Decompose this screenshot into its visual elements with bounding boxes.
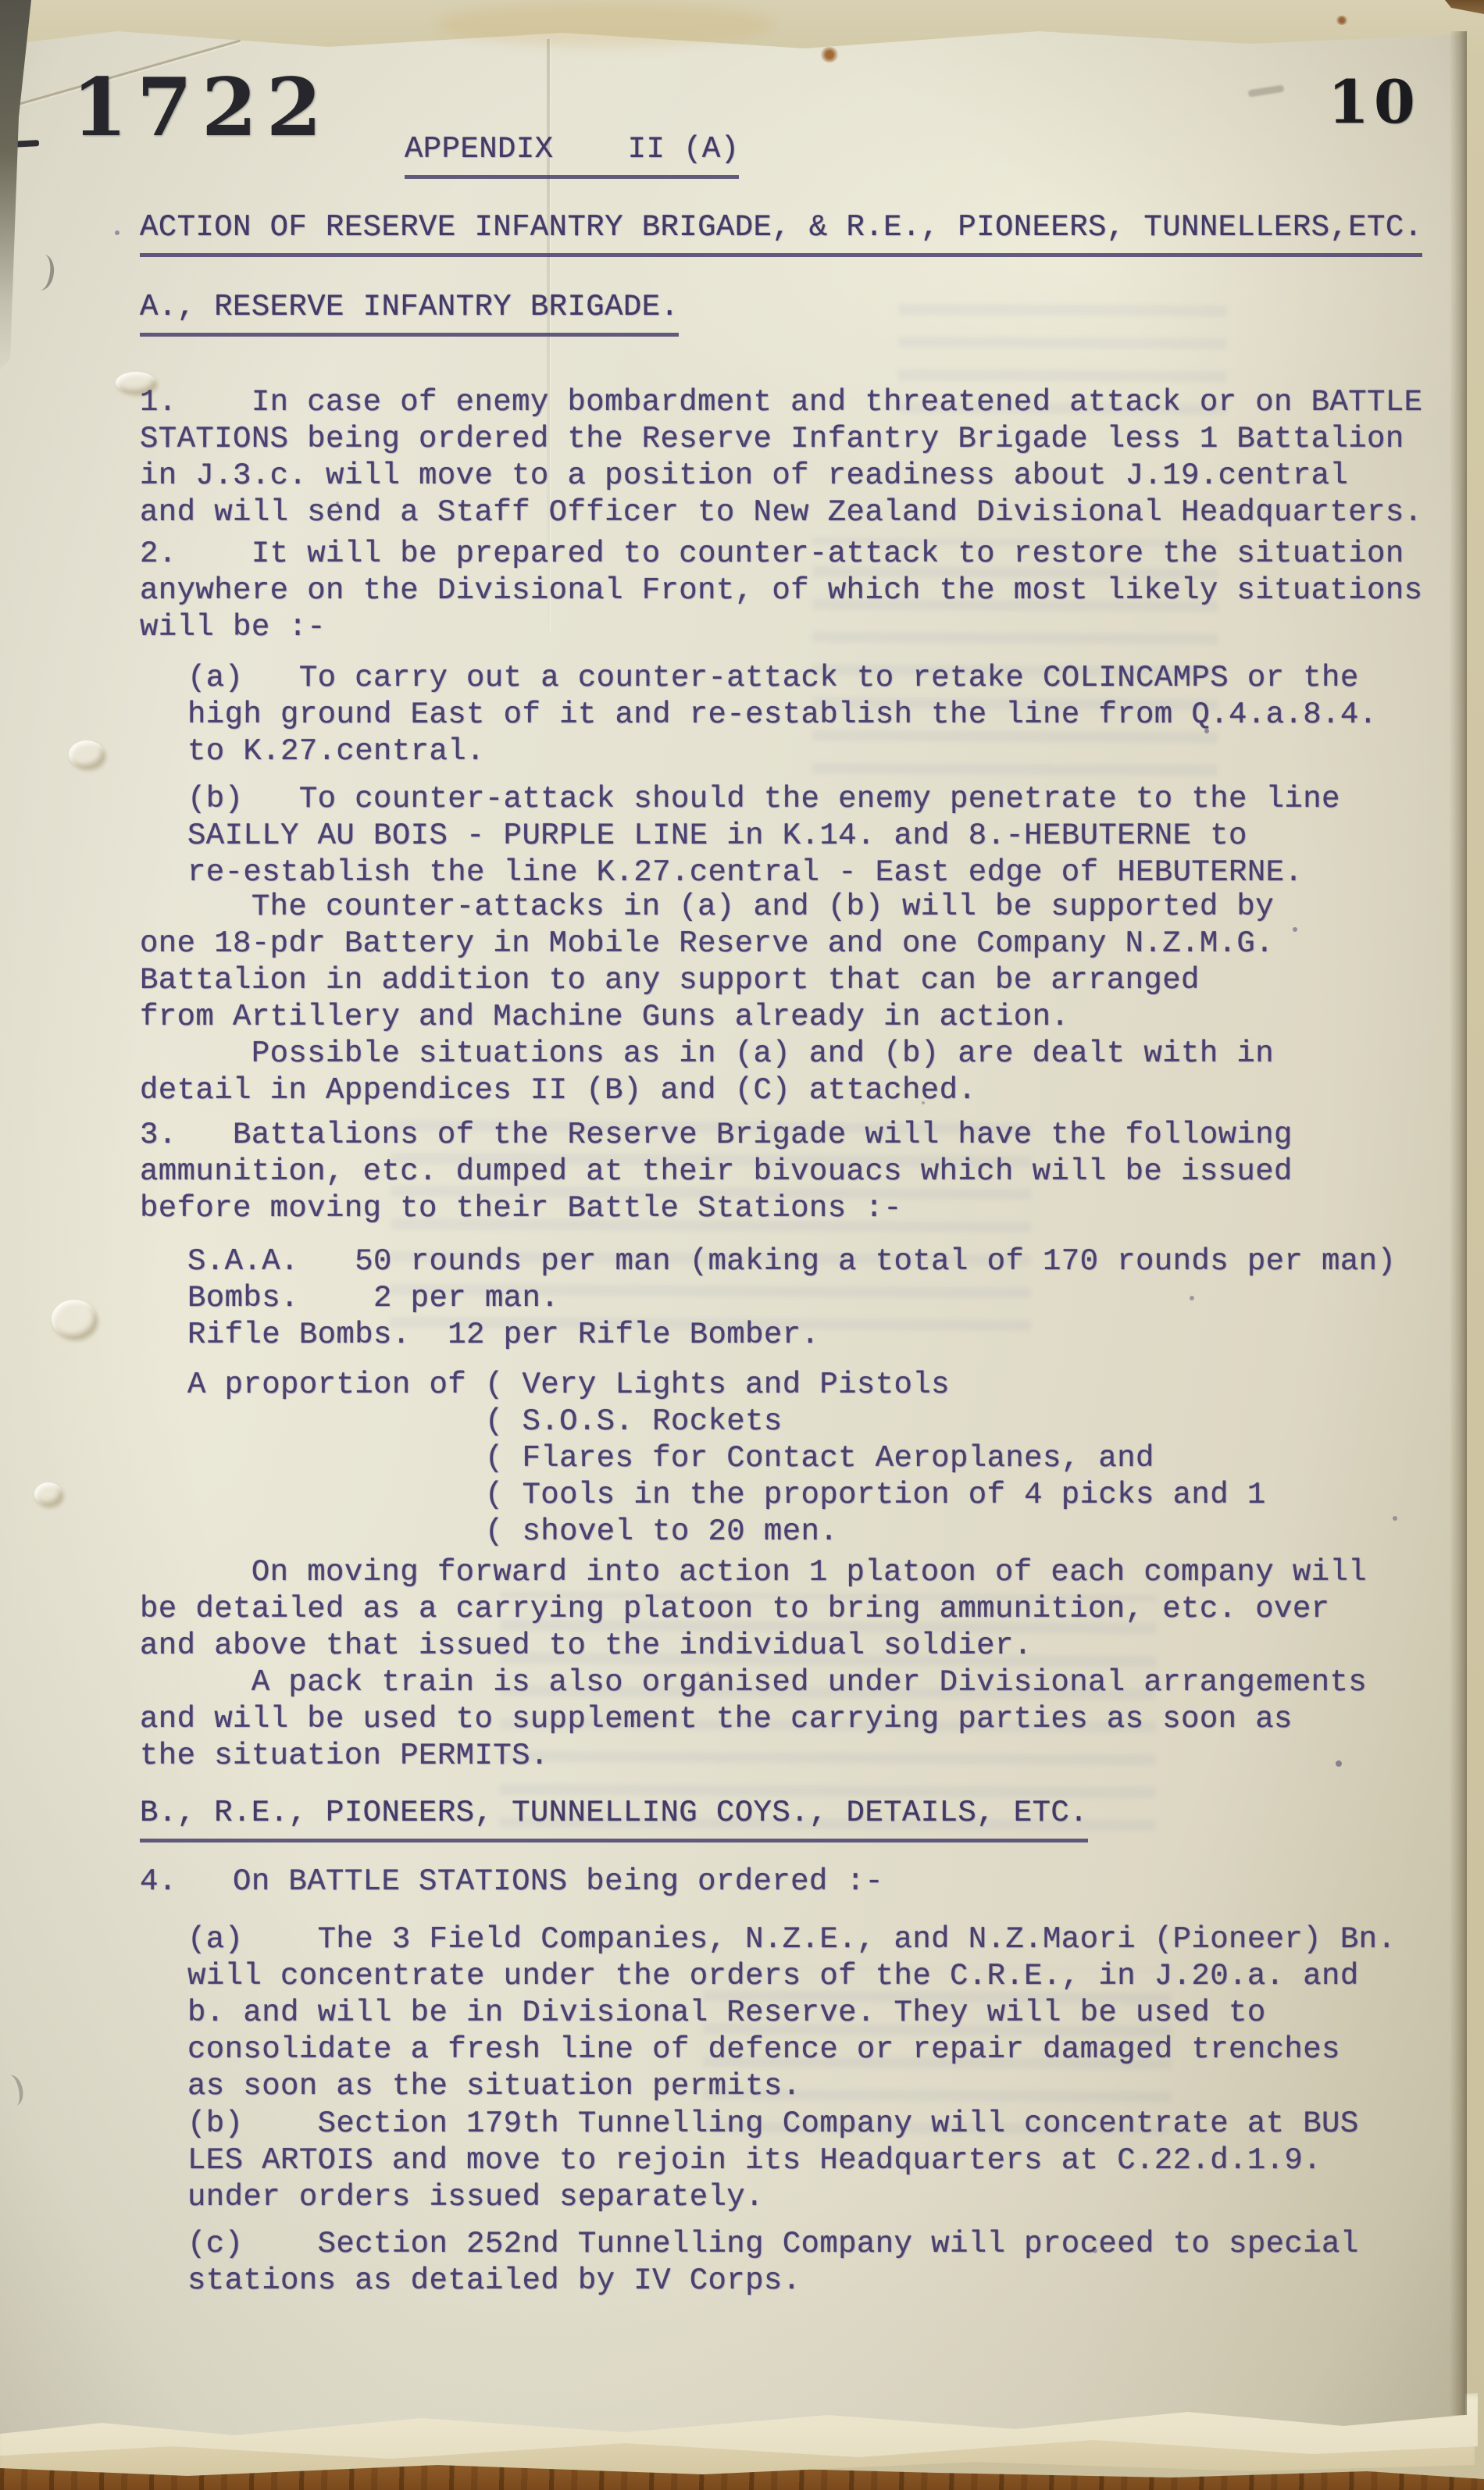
paragraph-1: 1. In case of enemy bombardment and thre… [140, 384, 1422, 531]
ammunition-list: S.A.A. 50 rounds per man (making a total… [187, 1243, 1396, 1354]
proportion-list: A proportion of ( Very Lights and Pistol… [187, 1367, 1266, 1550]
paragraph-3: 3. Battalions of the Reserve Brigade wil… [140, 1117, 1293, 1227]
page-number: 10 [1328, 67, 1420, 137]
paragraph-4: 4. On BATTLE STATIONS being ordered :- [140, 1864, 883, 1900]
section-b-heading: B., R.E., PIONEERS, TUNNELLING COYS., DE… [140, 1795, 1088, 1843]
paragraph-2-item-a: (a) To carry out a counter-attack to ret… [187, 660, 1377, 770]
section-a-heading: A., RESERVE INFANTRY BRIGADE. [140, 289, 679, 337]
paragraph-4-item-c: (c) Section 252nd Tunnelling Company wil… [187, 2226, 1359, 2299]
document-title: ACTION OF RESERVE INFANTRY BRIGADE, & R.… [140, 209, 1422, 257]
paragraph-4-item-a: (a) The 3 Field Companies, N.Z.E., and N… [187, 1921, 1396, 2105]
file-number-stamp: 1722 [72, 61, 331, 155]
paragraph-2: 2. It will be prepared to counter-attack… [140, 536, 1422, 646]
page-content: 1722 10 APPENDIX II (A) ACTION OF RESERV… [0, 0, 1484, 2490]
scanned-document-photo: 1722 10 APPENDIX II (A) ACTION OF RESERV… [0, 0, 1484, 2490]
carrying-platoon-note: On moving forward into action 1 platoon … [140, 1554, 1367, 1775]
paragraph-2-item-b: (b) To counter-attack should the enemy p… [187, 781, 1340, 891]
paragraph-4-item-b: (b) Section 179th Tunnelling Company wil… [187, 2106, 1359, 2216]
appendix-heading: APPENDIX II (A) [405, 131, 739, 179]
support-note: The counter-attacks in (a) and (b) will … [140, 889, 1274, 1109]
